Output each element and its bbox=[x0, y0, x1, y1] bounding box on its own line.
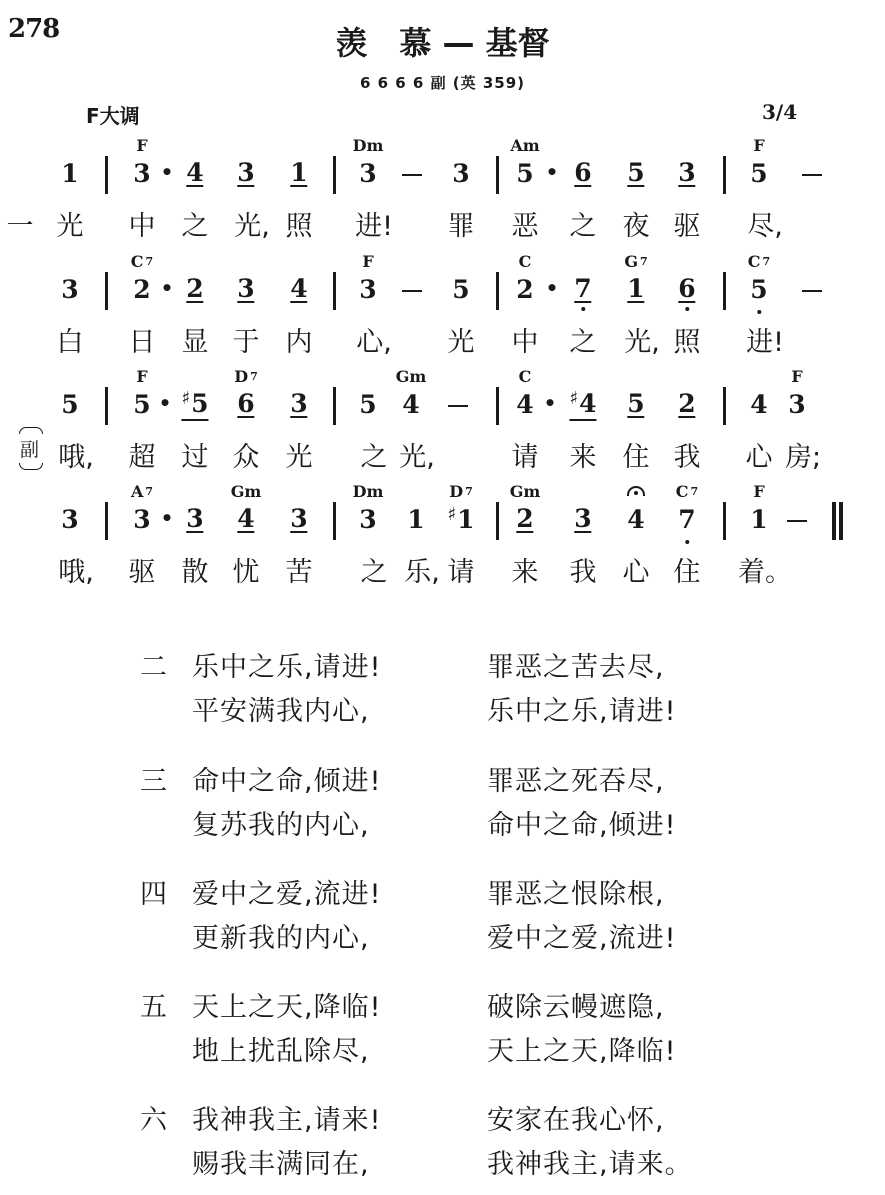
sharp-icon: ♯ bbox=[447, 504, 456, 525]
chord-symbol: F bbox=[791, 367, 802, 386]
chord-symbol: F bbox=[136, 367, 147, 386]
chord-symbol: C bbox=[519, 367, 532, 386]
dotted-rhythm-dot: • bbox=[159, 389, 172, 417]
lyric-syllable: 进! bbox=[355, 204, 393, 243]
note: 2 bbox=[516, 506, 533, 533]
note: 3 bbox=[359, 276, 376, 304]
note: 7 bbox=[678, 506, 695, 534]
note: 6 bbox=[574, 160, 591, 187]
note: 2 bbox=[133, 276, 150, 304]
final-barline bbox=[832, 502, 836, 540]
note: 1 bbox=[61, 160, 78, 188]
lyric-syllable: 一 bbox=[7, 204, 34, 243]
note: 5 bbox=[452, 276, 469, 304]
note: 3 bbox=[186, 506, 203, 533]
note: 1 bbox=[750, 506, 767, 534]
note: 5 bbox=[61, 391, 78, 419]
note: ♯1 bbox=[447, 506, 474, 537]
lyric-syllable: 苦 bbox=[286, 550, 313, 589]
note: 2 bbox=[186, 276, 203, 303]
verse-line: 罪恶之苦去尽, bbox=[487, 645, 665, 684]
dotted-rhythm-dot: • bbox=[161, 504, 174, 532]
verse-line: 爱中之爱,流进! bbox=[192, 872, 381, 911]
note: 5 bbox=[516, 160, 533, 188]
verse-line: 罪恶之死吞尽, bbox=[487, 759, 665, 798]
note: 6 bbox=[237, 391, 254, 418]
lyric-syllable: 房; bbox=[785, 435, 821, 474]
dotted-rhythm-dot: • bbox=[161, 158, 174, 186]
note: 4 bbox=[627, 506, 644, 534]
sustain-dash bbox=[402, 174, 422, 176]
verse-line: 命中之命,倾进! bbox=[192, 759, 381, 798]
barline bbox=[496, 156, 499, 194]
barline bbox=[723, 387, 726, 425]
hymn-title: 羡 慕 — 基督 bbox=[0, 18, 885, 64]
lyric-syllable: 进! bbox=[746, 320, 784, 359]
note: 5 bbox=[750, 276, 767, 304]
note: 4 bbox=[402, 391, 419, 419]
note: 3 bbox=[61, 506, 78, 534]
sustain-dash bbox=[802, 174, 822, 176]
verse-number: 二 bbox=[140, 645, 167, 684]
lyric-syllable: 散 bbox=[182, 550, 209, 589]
lyric-syllable: 中 bbox=[512, 320, 539, 359]
barline bbox=[105, 502, 108, 540]
chord-symbol: F bbox=[136, 136, 147, 155]
lyric-syllable: 光 bbox=[448, 320, 475, 359]
final-barline bbox=[839, 502, 843, 540]
lyric-syllable: 心, bbox=[356, 320, 392, 359]
lyric-syllable: 请 bbox=[512, 435, 539, 474]
verse-number: 四 bbox=[140, 872, 167, 911]
note: 1 bbox=[407, 506, 424, 534]
verse-line: 我神我主,请来! bbox=[192, 1098, 381, 1137]
verse-line: 平安满我内心, bbox=[192, 689, 370, 728]
note: 3 bbox=[237, 276, 254, 303]
verse-line: 地上扰乱除尽, bbox=[192, 1029, 370, 1068]
lyric-syllable: 光, bbox=[399, 435, 435, 474]
note: 4 bbox=[186, 160, 203, 187]
chord-symbol: C7 bbox=[748, 252, 770, 271]
lyric-syllable: 哦, bbox=[58, 435, 94, 474]
lyric-syllable: 众 bbox=[233, 435, 260, 474]
note: 3 bbox=[359, 506, 376, 534]
chord-symbol: A7 bbox=[131, 482, 153, 501]
note: 1 bbox=[290, 160, 307, 187]
verse-line: 罪恶之恨除根, bbox=[487, 872, 665, 911]
note: 5 bbox=[359, 391, 376, 419]
chord-symbol: C bbox=[519, 252, 532, 271]
lyric-syllable: 之 bbox=[361, 550, 388, 589]
lyric-syllable: 显 bbox=[182, 320, 209, 359]
chord-symbol: Am bbox=[510, 136, 539, 155]
lower-octave-dot bbox=[685, 540, 689, 544]
note: 4 bbox=[290, 276, 307, 303]
lyric-syllable: 驱 bbox=[674, 204, 701, 243]
chord-symbol: Gm bbox=[510, 482, 541, 501]
lyric-syllable: 恶 bbox=[512, 204, 539, 243]
note: 4 bbox=[750, 391, 767, 419]
verse-line: 破除云幔遮隐, bbox=[487, 985, 665, 1024]
lyric-syllable: 忧 bbox=[233, 550, 260, 589]
verse-line: 命中之命,倾进! bbox=[487, 803, 676, 842]
note: 4 bbox=[516, 391, 533, 419]
lyric-syllable: 我 bbox=[674, 435, 701, 474]
note: 1 bbox=[627, 276, 644, 303]
lyric-syllable: 来 bbox=[512, 550, 539, 589]
lyric-syllable: 内 bbox=[286, 320, 313, 359]
sharp-icon: ♯ bbox=[569, 388, 578, 409]
lyric-syllable: 心 bbox=[623, 550, 650, 589]
barline bbox=[723, 502, 726, 540]
lyric-syllable: 光 bbox=[57, 204, 84, 243]
note: 5 bbox=[627, 160, 644, 187]
lyric-syllable: 过 bbox=[182, 435, 209, 474]
verse-line: 天上之天,降临! bbox=[192, 985, 381, 1024]
note: 5 bbox=[750, 160, 767, 188]
note: ♯5 bbox=[181, 391, 208, 421]
chord-symbol: G7 bbox=[624, 252, 647, 271]
lyric-syllable: 光, bbox=[234, 204, 270, 243]
lyric-syllable: 之 bbox=[182, 204, 209, 243]
note: 3 bbox=[237, 160, 254, 187]
lyric-syllable: 光, bbox=[624, 320, 660, 359]
lyric-syllable: 之 bbox=[361, 435, 388, 474]
sharp-icon: ♯ bbox=[181, 388, 190, 409]
dotted-rhythm-dot: • bbox=[544, 389, 557, 417]
note: 3 bbox=[788, 391, 805, 419]
barline bbox=[105, 387, 108, 425]
dotted-rhythm-dot: • bbox=[546, 158, 559, 186]
lyric-syllable: 照 bbox=[674, 320, 701, 359]
barline bbox=[723, 272, 726, 310]
lyric-syllable: 哦, bbox=[58, 550, 94, 589]
lyric-syllable: 心 bbox=[746, 435, 773, 474]
note: 6 bbox=[678, 276, 695, 303]
barline bbox=[496, 502, 499, 540]
barline bbox=[723, 156, 726, 194]
key-signature: F大调 bbox=[86, 100, 140, 129]
note: 5 bbox=[627, 391, 644, 418]
note: 2 bbox=[678, 391, 695, 418]
note: 3 bbox=[290, 506, 307, 533]
note: 3 bbox=[290, 391, 307, 418]
dotted-rhythm-dot: • bbox=[546, 274, 559, 302]
dotted-rhythm-dot: • bbox=[161, 274, 174, 302]
sustain-dash bbox=[802, 290, 822, 292]
verse-number: 五 bbox=[140, 985, 167, 1024]
chord-symbol: F bbox=[753, 482, 764, 501]
verse-line: 赐我丰满同在, bbox=[192, 1142, 370, 1181]
lyric-syllable: 住 bbox=[674, 550, 701, 589]
lower-octave-dot bbox=[757, 310, 761, 314]
chord-symbol: Gm bbox=[231, 482, 262, 501]
verse-line: 乐中之乐,请进! bbox=[487, 689, 676, 728]
lyric-syllable: 中 bbox=[129, 204, 156, 243]
chord-symbol: D7 bbox=[449, 482, 473, 501]
chord-symbol: F bbox=[753, 136, 764, 155]
barline bbox=[333, 156, 336, 194]
verse-line: 更新我的内心, bbox=[192, 916, 370, 955]
verse-line: 天上之天,降临! bbox=[487, 1029, 676, 1068]
refrain-marker: 副 bbox=[20, 435, 39, 462]
lower-octave-dot bbox=[581, 307, 585, 311]
note: 7 bbox=[574, 276, 591, 303]
lyric-syllable: 乐, bbox=[404, 550, 440, 589]
note: 3 bbox=[133, 506, 150, 534]
note: 2 bbox=[516, 276, 533, 304]
verse-number: 六 bbox=[140, 1098, 167, 1137]
barline bbox=[333, 502, 336, 540]
lyric-syllable: 超 bbox=[129, 435, 156, 474]
note: 3 bbox=[452, 160, 469, 188]
lyric-syllable: 我 bbox=[570, 550, 597, 589]
note: 4 bbox=[237, 506, 254, 533]
lyric-syllable: 来 bbox=[570, 435, 597, 474]
lyric-syllable: 于 bbox=[233, 320, 260, 359]
lyric-syllable: 罪 bbox=[448, 204, 475, 243]
verse-line: 安家在我心怀, bbox=[487, 1098, 665, 1137]
chord-symbol: F bbox=[362, 252, 373, 271]
lyric-syllable: 驱 bbox=[129, 550, 156, 589]
meter-subtitle: 6 6 6 6 副 (英 359) bbox=[0, 72, 885, 93]
chord-symbol: Gm bbox=[396, 367, 427, 386]
barline bbox=[105, 272, 108, 310]
lyric-syllable: 之 bbox=[570, 320, 597, 359]
lyric-syllable: 夜 bbox=[623, 204, 650, 243]
verse-line: 我神我主,请来。 bbox=[487, 1142, 693, 1181]
verse-number: 三 bbox=[140, 759, 167, 798]
note: 3 bbox=[133, 160, 150, 188]
lower-octave-dot bbox=[685, 307, 689, 311]
lyric-syllable: 之 bbox=[570, 204, 597, 243]
lyric-syllable: 住 bbox=[623, 435, 650, 474]
barline bbox=[496, 272, 499, 310]
barline bbox=[496, 387, 499, 425]
note: 3 bbox=[359, 160, 376, 188]
verse-line: 乐中之乐,请进! bbox=[192, 645, 381, 684]
note: 3 bbox=[574, 506, 591, 533]
note: 5 bbox=[133, 391, 150, 419]
barline bbox=[333, 387, 336, 425]
verse-line: 爱中之爱,流进! bbox=[487, 916, 676, 955]
chord-symbol: D7 bbox=[234, 367, 258, 386]
lyric-syllable: 光 bbox=[286, 435, 313, 474]
fermata-icon bbox=[627, 486, 645, 496]
lyric-syllable: 请 bbox=[448, 550, 475, 589]
sustain-dash bbox=[402, 290, 422, 292]
barline bbox=[105, 156, 108, 194]
chord-symbol: Dm bbox=[353, 136, 384, 155]
sustain-dash bbox=[787, 520, 807, 522]
barline bbox=[333, 272, 336, 310]
time-signature: 3/4 bbox=[762, 100, 797, 124]
note: 3 bbox=[678, 160, 695, 187]
lyric-syllable: 白 bbox=[57, 320, 84, 359]
lyric-syllable: 日 bbox=[129, 320, 156, 359]
lyric-syllable: 尽, bbox=[747, 204, 783, 243]
lyric-syllable: 照 bbox=[286, 204, 313, 243]
chord-symbol: C7 bbox=[131, 252, 153, 271]
note: ♯4 bbox=[569, 391, 596, 421]
verse-line: 复苏我的内心, bbox=[192, 803, 370, 842]
chord-symbol: C7 bbox=[676, 482, 698, 501]
note: 3 bbox=[61, 276, 78, 304]
chord-symbol: Dm bbox=[353, 482, 384, 501]
lyric-syllable: 着。 bbox=[738, 550, 792, 589]
sustain-dash bbox=[448, 405, 468, 407]
